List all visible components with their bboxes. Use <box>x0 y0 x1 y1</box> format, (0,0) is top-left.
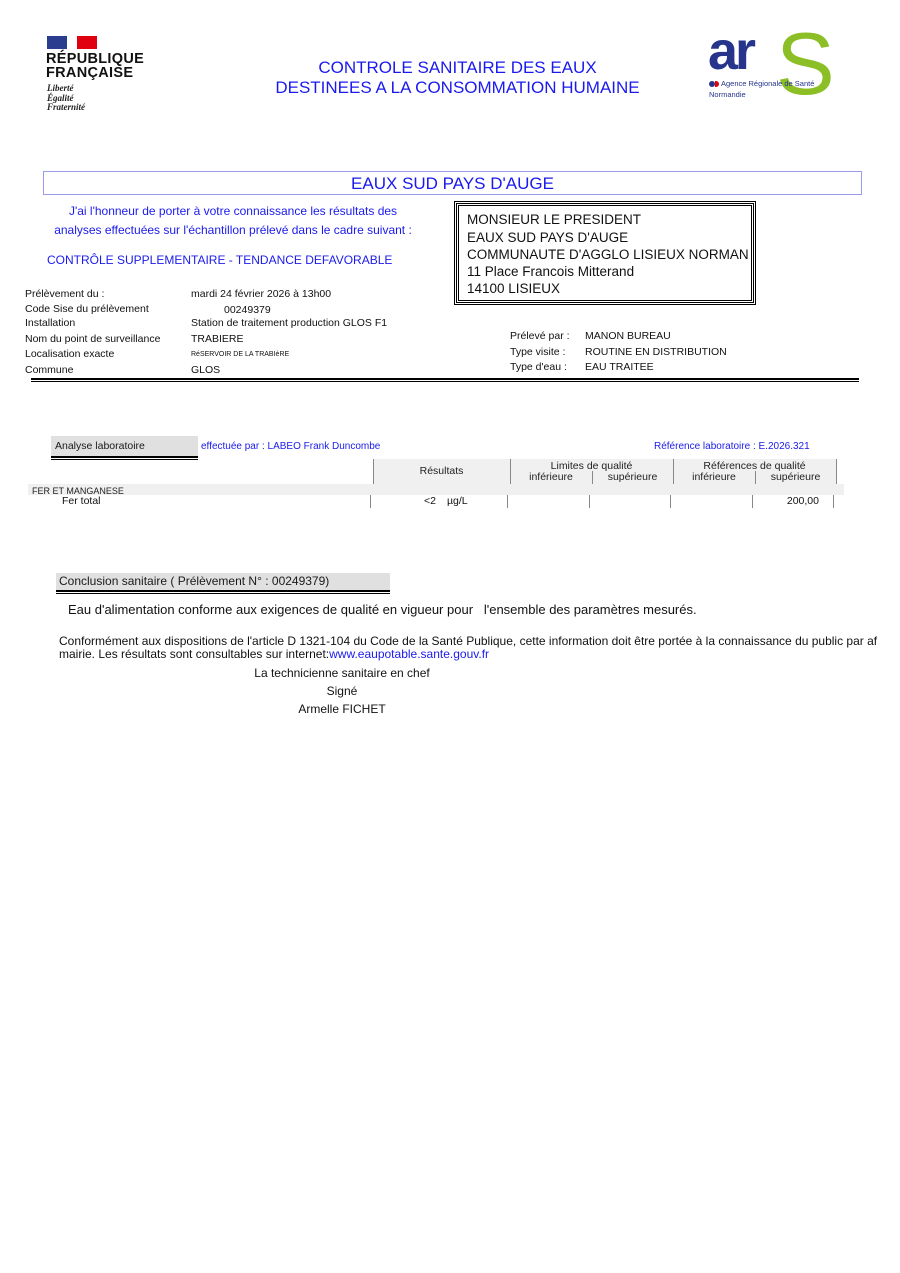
ars-logo: ar S Agence Régionale de Santé Normandie <box>706 34 836 114</box>
signatory-role: La technicienne sanitaire en chef <box>192 666 492 680</box>
column-divider <box>752 495 753 508</box>
republique-motto: Liberté Égalité Fraternité <box>47 84 85 113</box>
recipient-line: EAUX SUD PAYS D'AUGE <box>467 230 628 245</box>
info-label-sampling-date: Prélèvement du : <box>25 288 104 300</box>
lab-analysis-tab: Analyse laboratoire <box>51 436 198 456</box>
republique-logo-text: RÉPUBLIQUE FRANÇAISE <box>46 52 144 80</box>
info-value-commune: GLOS <box>191 364 220 376</box>
ref-upper-value: 200,00 <box>755 495 819 507</box>
signatory-name: Armelle FICHET <box>192 702 492 716</box>
column-divider <box>589 495 590 508</box>
info-label-installation: Installation <box>25 317 75 329</box>
conclusion-tab: Conclusion sanitaire ( Prélèvement N° : … <box>56 573 390 590</box>
info-value-installation: Station de traitement production GLOS F1 <box>191 317 387 329</box>
entity-name-box: EAUX SUD PAYS D'AUGE <box>43 171 862 195</box>
document-title: CONTROLE SANITAIRE DES EAUX DESTINEES A … <box>230 58 685 98</box>
lab-performed-by: effectuée par : LABEO Frank Duncombe <box>201 441 380 452</box>
header-limit-lower: inférieure <box>510 471 592 483</box>
column-divider <box>833 495 834 508</box>
visit-value-visit-type: ROUTINE EN DISTRIBUTION <box>585 346 727 358</box>
info-value-surveillance-point: TRABIERE <box>191 333 244 345</box>
ars-logo-s: S <box>776 20 835 108</box>
intro-line-1: J'ai l'honneur de porter à votre connais… <box>43 204 423 218</box>
lab-tab-underline <box>51 456 198 460</box>
column-divider <box>370 495 371 508</box>
info-label-surveillance-point: Nom du point de surveillance <box>25 333 160 345</box>
recipient-line: MONSIEUR LE PRESIDENT <box>467 212 641 227</box>
marianne-flag-icon <box>47 36 97 49</box>
info-value-sise-code: 00249379 <box>224 304 271 316</box>
column-divider <box>670 495 671 508</box>
conclusion-tab-underline <box>56 590 390 594</box>
recipient-line: 14100 LISIEUX <box>467 281 560 296</box>
info-label-exact-location: Localisation exacte <box>25 348 114 360</box>
parameter-group-row: FER ET MANGANESE <box>28 484 844 495</box>
section-divider <box>31 378 859 382</box>
signature-status: Signé <box>192 684 492 698</box>
info-label-sise-code: Code Sise du prélèvement <box>25 303 149 315</box>
visit-value-water-type: EAU TRAITEE <box>585 361 654 373</box>
eaupotable-link[interactable]: www.eaupotable.sante.gouv.fr <box>329 647 489 661</box>
column-divider <box>507 495 508 508</box>
recipient-line: COMMUNAUTE D'AGGLO LISIEUX NORMAN <box>467 247 751 262</box>
legal-notice: Conformément aux dispositions de l'artic… <box>59 635 885 661</box>
ars-region: Normandie <box>709 90 746 99</box>
conclusion-text: Eau d'alimentation conforme aux exigence… <box>68 602 697 617</box>
ars-agency-name: Agence Régionale de Santé <box>709 79 814 88</box>
info-value-exact-location: RéSERVOIR DE LA TRABIèRE <box>191 351 289 358</box>
result-unit: µg/L <box>447 495 468 507</box>
header-ref-lower: inférieure <box>673 471 755 483</box>
visit-label-sampled-by: Prélevé par : <box>510 330 570 342</box>
ars-half-dot-icon <box>715 81 719 87</box>
result-value: <20 <box>424 495 436 507</box>
header-limit-upper: supérieure <box>592 471 673 483</box>
parameter-name: Fer total <box>62 495 101 507</box>
column-divider <box>836 459 837 484</box>
lab-reference: Référence laboratoire : E.2026.321 <box>654 441 818 452</box>
visit-label-visit-type: Type visite : <box>510 346 565 358</box>
intro-line-2: analyses effectuées sur l'échantillon pr… <box>43 223 423 237</box>
control-context: CONTRÔLE SUPPLEMENTAIRE - TENDANCE DEFAV… <box>47 253 392 267</box>
parameter-group-name: FER ET MANGANESE <box>32 486 124 495</box>
header-results: Résultats <box>373 465 510 477</box>
ars-logo-letters: ar <box>708 20 753 82</box>
visit-value-sampled-by: MANON BUREAU <box>585 330 671 342</box>
info-label-commune: Commune <box>25 364 73 376</box>
legal-notice-line-2: mairie. Les résultats sont consultables … <box>59 648 885 661</box>
visit-label-water-type: Type d'eau : <box>510 361 567 373</box>
header-ref-upper: supérieure <box>755 471 836 483</box>
info-value-sampling-date: mardi 24 février 2026 à 13h00 <box>191 288 331 300</box>
recipient-line: 11 Place Francois Mitterand <box>467 264 634 279</box>
